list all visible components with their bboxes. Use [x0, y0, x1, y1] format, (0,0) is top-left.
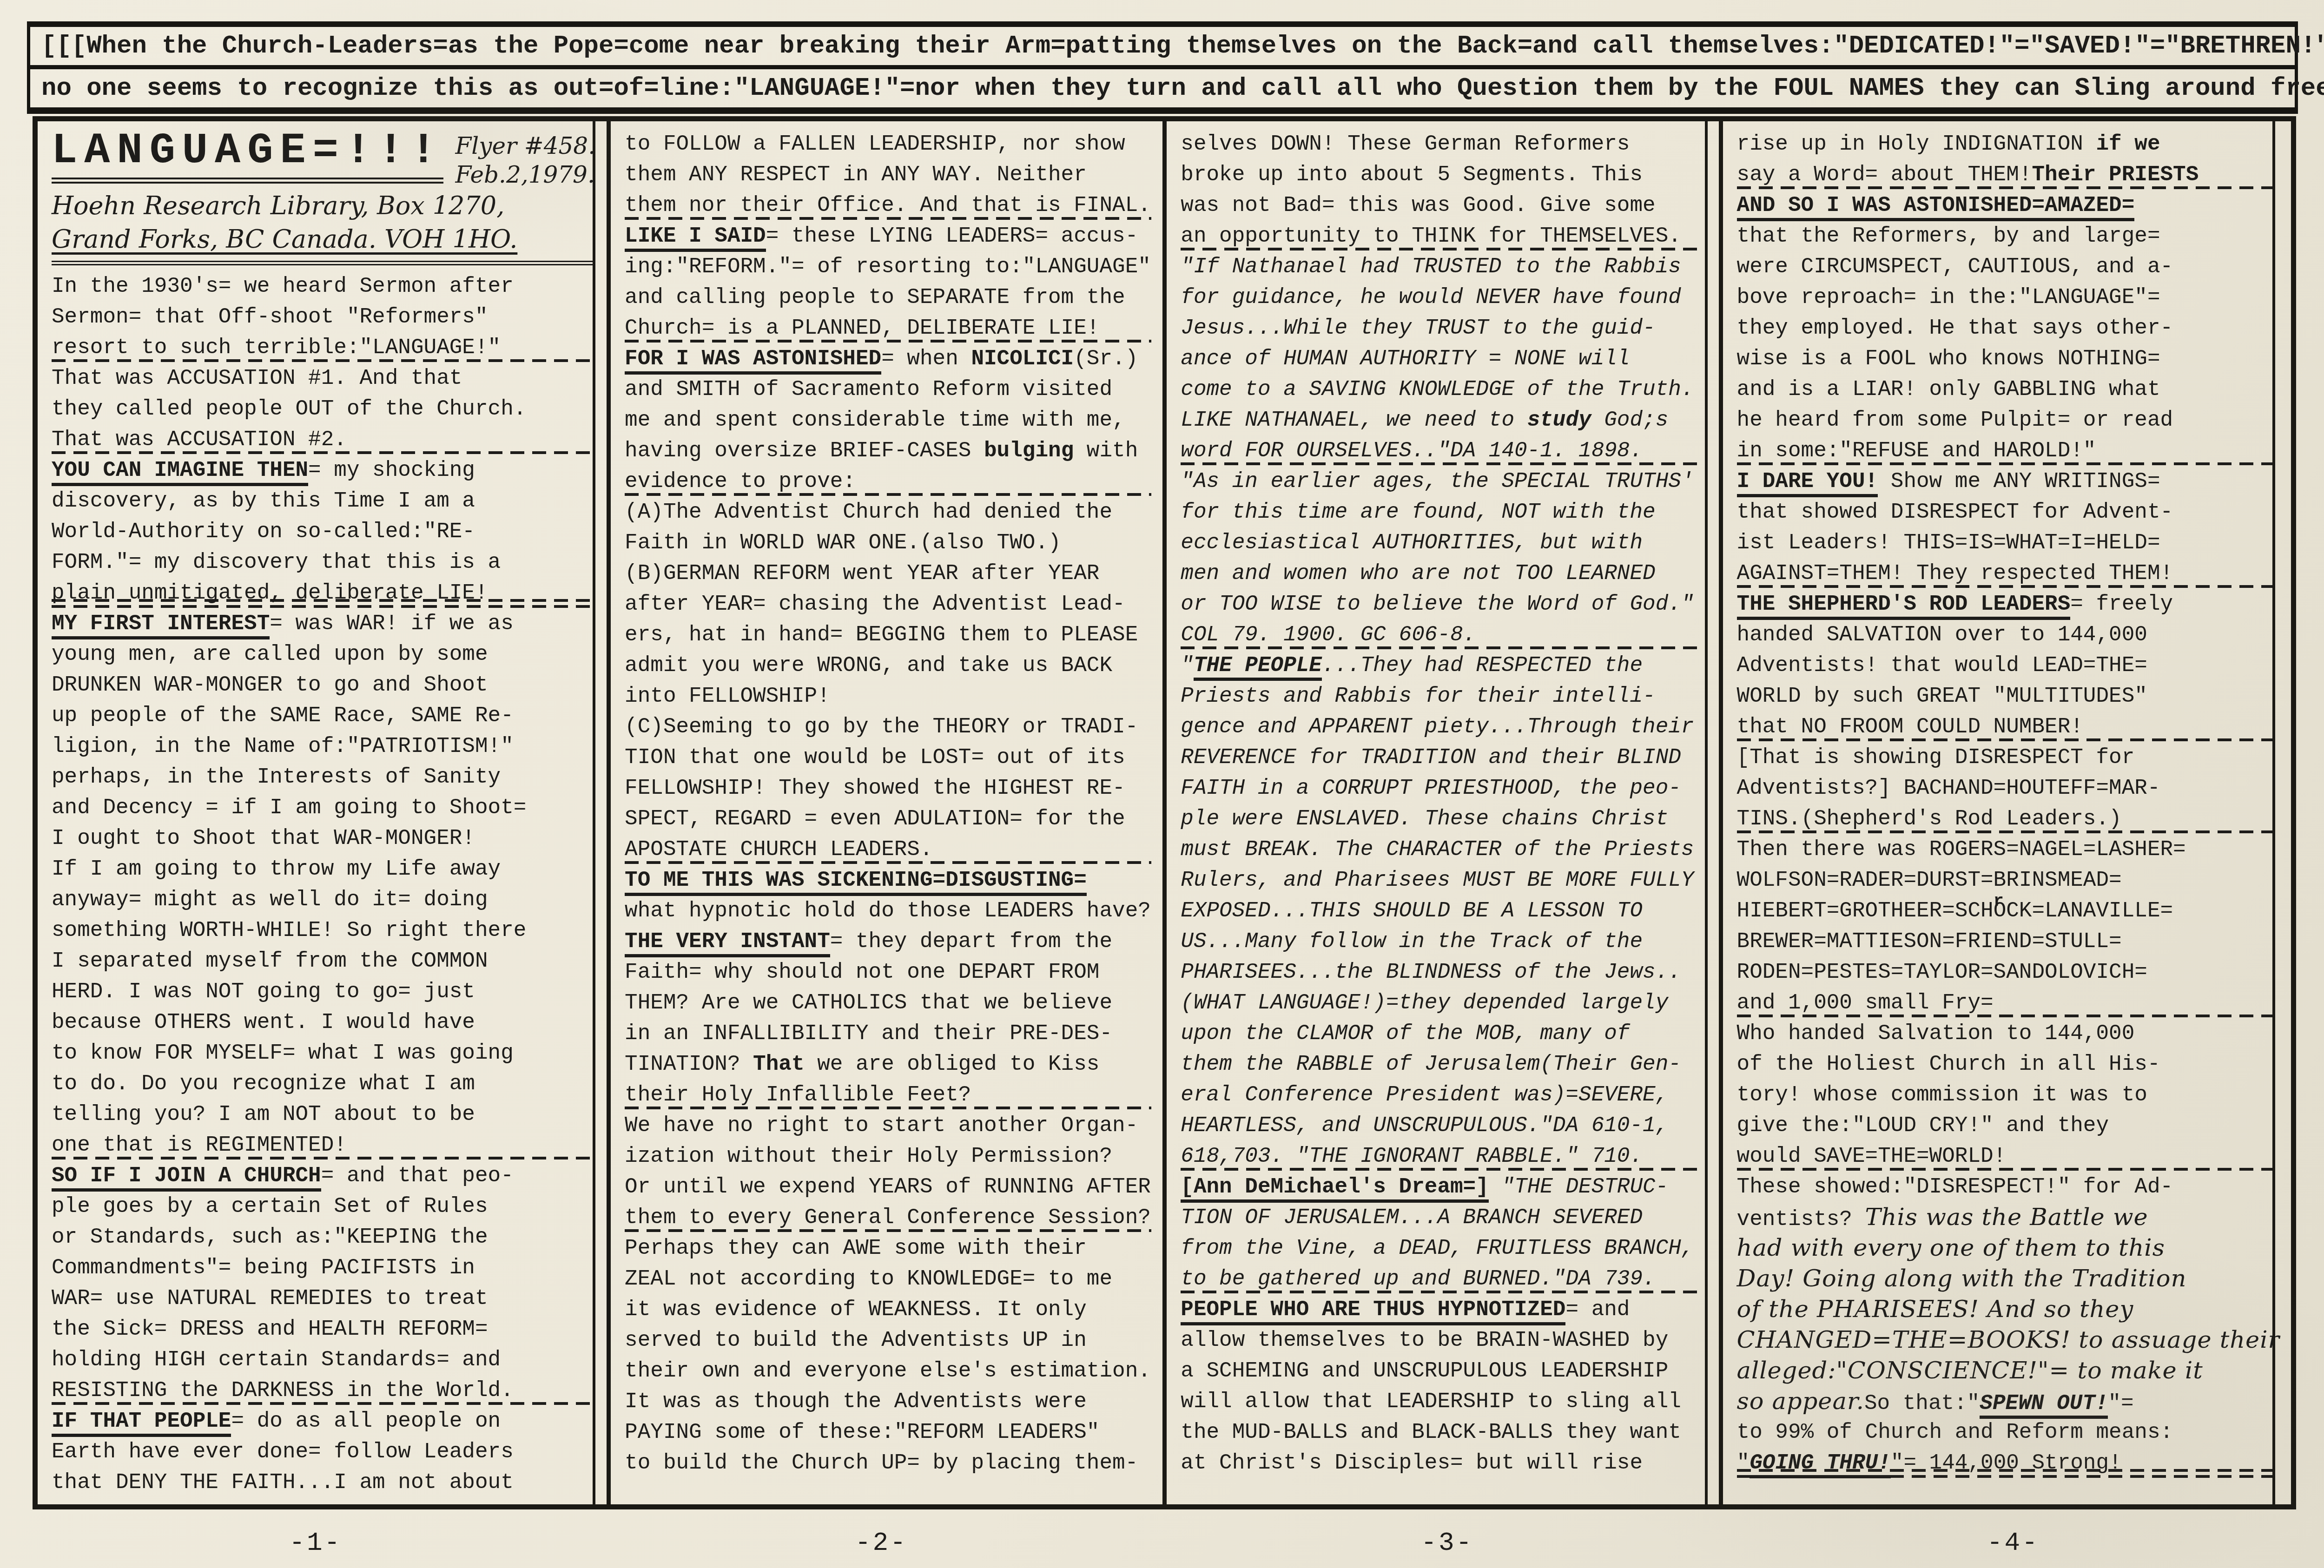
text-line: young men, are called upon by some: [52, 639, 595, 670]
text-line: alleged:"CONSCIENCE!"= to make it: [1737, 1356, 2280, 1386]
typewriter-text: ing:"REFORM."= of resorting to:"LANGUAGE…: [625, 255, 1151, 279]
typewriter-text: that the Reformers, by and large=: [1737, 224, 2160, 248]
text-line: DRUNKEN WAR-MONGER to go and Shoot: [52, 670, 595, 700]
text-line: WOLFSON=RADER=DURST=BRINSMEAD=: [1737, 865, 2280, 896]
text-line: rise up in Holy INDIGNATION if we: [1737, 129, 2280, 159]
text-line: Faith in WORLD WAR ONE.(also TWO.): [625, 527, 1151, 558]
text-line: what hypnotic hold do those LEADERS have…: [625, 896, 1151, 926]
text-line: for this time are found, NOT with the: [1181, 497, 1707, 527]
typewriter-text: that DENY THE FAITH...I am not about: [52, 1470, 514, 1495]
text-line: them nor their Office. And that is FINAL…: [625, 190, 1151, 221]
italic-quote-text: FAITH in a CORRUPT PRIESTHOOD, the peo-: [1181, 776, 1681, 800]
typewriter-text: broke up into about 5 Segments. This: [1181, 163, 1643, 187]
text-line: in some:"REFUSE and HAROLD!": [1737, 435, 2280, 466]
masthead-top-row: LANGUAGE=!!! Flyer #458. Feb.2,1979.: [52, 129, 595, 189]
typewriter-text: and SMITH of Sacramento Reform visited: [625, 377, 1112, 402]
scanned-flyer-page: [[[When the Church-Leaders=as the Pope=c…: [0, 0, 2324, 1568]
text-line: so appear.So that:"SPEWN OUT!"=: [1737, 1386, 2280, 1417]
text-line: SO IF I JOIN A CHURCH= and that peo-: [52, 1160, 595, 1191]
text-line: the Sick= DRESS and HEALTH REFORM=: [52, 1314, 595, 1344]
typewriter-text: in an INFALLIBILITY and their PRE-DES-: [625, 1021, 1112, 1046]
text-line: If I am going to throw my Life away: [52, 854, 595, 884]
typewriter-text: = freely: [2070, 592, 2173, 616]
text-line: discovery, as by this Time I am a: [52, 486, 595, 516]
page-number-3: -3-: [1164, 1528, 1730, 1558]
text-line: an opportunity to THINK for THEMSELVES.: [1181, 221, 1707, 251]
text-line: they employed. He that says other-: [1737, 313, 2280, 343]
text-line: must BREAK. The CHARACTER of the Priests: [1181, 834, 1707, 865]
text-line: them to every General Conference Session…: [625, 1202, 1151, 1233]
column-1: LANGUAGE=!!! Flyer #458. Feb.2,1979. Hoe…: [38, 121, 611, 1504]
text-line: and 1,000 small Fry=: [1737, 988, 2280, 1018]
text-line: Church= is a PLANNED, DELIBERATE LIE!: [625, 313, 1151, 343]
typewriter-text: they called people OUT of the Church.: [52, 397, 526, 421]
text-line: PEOPLE WHO ARE THUS HYPNOTIZED= and: [1181, 1294, 1707, 1325]
typewriter-text: Perhaps they can AWE some with their: [625, 1236, 1087, 1260]
text-line: allow themselves to be BRAIN-WASHED by: [1181, 1325, 1707, 1356]
text-line: It was as though the Adventists were: [625, 1386, 1151, 1417]
text-line: and is a LIAR! only GABBLING what: [1737, 374, 2280, 405]
typewriter-text: FORM."= my discovery that this is a: [52, 550, 501, 574]
typewriter-text: wise is a FOOL who knows NOTHING=: [1737, 347, 2160, 371]
typewriter-text: Adventists! that would LEAD=THE=: [1737, 653, 2147, 678]
text-line: [Ann DeMichael's Dream=] "THE DESTRUC-: [1181, 1172, 1707, 1202]
text-line: IF THAT PEOPLE= do as all people on: [52, 1406, 595, 1436]
text-line: their own and everyone else's estimation…: [625, 1356, 1151, 1386]
typewriter-text: because OTHERS went. I would have: [52, 1010, 475, 1034]
text-line: telling you? I am NOT about to be: [52, 1099, 595, 1130]
text-line: ers, hat in hand= BEGGING them to PLEASE: [625, 619, 1151, 650]
text-line: Day! Going along with the Tradition: [1737, 1264, 2280, 1294]
typewriter-text: Their PRIESTS: [2032, 163, 2199, 187]
text-line: were CIRCUMSPECT, CAUTIOUS, and a-: [1737, 251, 2280, 282]
typewriter-text: (B)GERMAN REFORM went YEAR after YEAR: [625, 561, 1099, 586]
address-line-2: Grand Forks, BC Canada. VOH 1HO.: [52, 223, 595, 256]
typewriter-text: I DARE YOU!: [1737, 469, 1878, 497]
italic-quote-text: study: [1527, 408, 1591, 432]
text-line: COL 79. 1900. GC 606-8.: [1181, 619, 1707, 650]
text-line: say a Word= about THEM!Their PRIESTS: [1737, 159, 2280, 190]
text-line: PAYING some of these:"REFORM LEADERS": [625, 1417, 1151, 1448]
text-line: that showed DISRESPECT for Advent-: [1737, 497, 2280, 527]
text-line: gence and APPARENT piety...Through their: [1181, 712, 1707, 742]
italic-quote-text: ple were ENSLAVED. These chains Christ: [1181, 807, 1668, 831]
handwritten-script-text: had with every one of them to this: [1737, 1234, 2165, 1262]
typewriter-text: bove reproach= in the:"LANGUAGE"=: [1737, 285, 2160, 310]
text-line: upon the CLAMOR of the MOB, many of: [1181, 1018, 1707, 1049]
typewriter-text: (C)Seeming to go by the THEORY or TRADI-: [625, 715, 1138, 739]
text-line: and SMITH of Sacramento Reform visited: [625, 374, 1151, 405]
typewriter-text: WORLD by such GREAT "MULTITUDES": [1737, 684, 2147, 708]
typewriter-text: allow themselves to be BRAIN-WASHED by: [1181, 1328, 1668, 1352]
typewriter-text: that showed DISRESPECT for Advent-: [1737, 500, 2173, 524]
typewriter-text: will allow that LEADERSHIP to sling all: [1181, 1390, 1681, 1414]
text-line: them the RABBLE of Jerusalem(Their Gen-: [1181, 1049, 1707, 1080]
banner-line-2: no one seems to recognize this as out=of…: [30, 69, 2295, 107]
text-line: for guidance, he would NEVER have found: [1181, 282, 1707, 313]
text-line: admit you were WRONG, and take us BACK: [625, 650, 1151, 681]
italic-quote-text: Rulers, and Pharisees MUST BE MORE FULLY: [1181, 868, 1694, 892]
text-line: come to a SAVING KNOWLEDGE of the Truth.: [1181, 374, 1707, 405]
italic-quote-text: ance of HUMAN AUTHORITY = NONE will: [1181, 347, 1630, 371]
column-3: selves DOWN! These German Reformersbroke…: [1167, 121, 1723, 1504]
text-line: a SCHEMING and UNSCRUPULOUS LEADERSHIP: [1181, 1356, 1707, 1386]
text-line: FOR I WAS ASTONISHED= when NICOLICI(Sr.): [625, 343, 1151, 374]
text-line: resort to such terrible:"LANGUAGE!": [52, 332, 595, 363]
typewriter-text: one that is REGIMENTED!: [52, 1133, 347, 1157]
typewriter-text: them ANY RESPECT in ANY WAY. Neither: [625, 163, 1087, 187]
typewriter-text: (A)The Adventist Church had denied the: [625, 500, 1112, 524]
typewriter-text: World-Authority on so-called:"RE-: [52, 520, 475, 544]
text-line: something WORTH-WHILE! So right there: [52, 915, 595, 946]
typewriter-text: bulging: [984, 439, 1074, 463]
text-line: handed SALVATION over to 144,000: [1737, 619, 2280, 650]
text-line: WORLD by such GREAT "MULTITUDES": [1737, 681, 2280, 712]
italic-quote-text: GOING THRU!: [1750, 1451, 1891, 1478]
italic-quote-text: upon the CLAMOR of the MOB, many of: [1181, 1021, 1630, 1046]
typewriter-text: to build the Church UP= by placing them-: [625, 1451, 1138, 1475]
typewriter-text: he heard from some Pulpit= or read: [1737, 408, 2173, 432]
text-line: ecclesiastical AUTHORITIES, but with: [1181, 527, 1707, 558]
typewriter-text: a SCHEMING and UNSCRUPULOUS LEADERSHIP: [1181, 1359, 1668, 1383]
typewriter-text: the MUD-BALLS and BLACK-BALLS they want: [1181, 1420, 1681, 1444]
typewriter-text: ligion, in the Name of:"PATRIOTISM!": [52, 734, 514, 758]
text-line: ple were ENSLAVED. These chains Christ: [1181, 804, 1707, 834]
text-line: having oversize BRIEF-CASES bulging with: [625, 435, 1151, 466]
typewriter-text: Then there was ROGERS=NAGEL=LASHER=: [1737, 837, 2186, 862]
text-line: HEARTLESS, and UNSCRUPULOUS."DA 610-1,: [1181, 1110, 1707, 1141]
typewriter-text: Church= is a PLANNED, DELIBERATE LIE!: [625, 316, 1099, 340]
typewriter-text: to FOLLOW a FALLEN LEADERSHIP, nor show: [625, 132, 1125, 156]
text-line: ventists? This was the Battle we: [1737, 1202, 2280, 1233]
typewriter-text: we are obliged to Kiss: [805, 1052, 1100, 1076]
text-line: to be gathered up and BURNED."DA 739.: [1181, 1264, 1707, 1294]
text-line: Jesus...While they TRUST to the guid-: [1181, 313, 1707, 343]
typewriter-text: ": [1737, 1451, 1750, 1475]
address-line-1: Hoehn Research Library, Box 1270,: [52, 189, 595, 223]
typewriter-text: Faith= why should not one DEPART FROM: [625, 960, 1099, 984]
text-line: them ANY RESPECT in ANY WAY. Neither: [625, 159, 1151, 190]
text-line: because OTHERS went. I would have: [52, 1007, 595, 1038]
text-line: Adventists?] BACHAND=HOUTEFF=MAR-: [1737, 773, 2280, 804]
text-line: to FOLLOW a FALLEN LEADERSHIP, nor show: [625, 129, 1151, 159]
italic-quote-text: come to a SAVING KNOWLEDGE of the Truth.: [1181, 377, 1694, 402]
typewriter-text: DRUNKEN WAR-MONGER to go and Shoot: [52, 673, 488, 697]
typewriter-text: APOSTATE CHURCH LEADERS.: [625, 837, 933, 862]
typewriter-text: MY FIRST INTEREST: [52, 612, 270, 639]
text-line: [That is showing DISRESPECT for: [1737, 742, 2280, 773]
typewriter-text: Who handed Salvation to 144,000: [1737, 1021, 2135, 1046]
typewriter-text: to know FOR MYSELF= what I was going: [52, 1041, 514, 1065]
italic-quote-text: TION OF JERUSALEM...A BRANCH SEVERED: [1181, 1206, 1643, 1230]
text-line: HIEBERT=GROTHEER=SCHrOCK=LANAVILLE=: [1737, 896, 2280, 926]
typewriter-text: TINATION?: [625, 1052, 753, 1076]
typewriter-text: give the:"LOUD CRY!" and they: [1737, 1113, 2109, 1138]
typewriter-text: their Holy Infallible Feet?: [625, 1083, 971, 1107]
text-line: WAR= use NATURAL REMEDIES to treat: [52, 1283, 595, 1314]
typewriter-text: = my shocking: [308, 458, 475, 482]
italic-quote-text: or TOO WISE to believe the Word of God.": [1181, 592, 1694, 616]
text-line: broke up into about 5 Segments. This: [1181, 159, 1707, 190]
text-line: Who handed Salvation to 144,000: [1737, 1018, 2280, 1049]
typewriter-text: of the Holiest Church in all His-: [1737, 1052, 2160, 1076]
text-line: "As in earlier ages, the SPECIAL TRUTHS': [1181, 466, 1707, 497]
typewriter-text: = and that peo-: [321, 1164, 514, 1188]
italic-quote-text: for this time are found, NOT with the: [1181, 500, 1655, 524]
text-line: RESISTING the DARKNESS in the World.: [52, 1375, 595, 1406]
text-line: Or until we expend YEARS of RUNNING AFTE…: [625, 1172, 1151, 1202]
handwritten-script-text: This was the Battle we: [1865, 1204, 2148, 1231]
text-line: of the Holiest Church in all His-: [1737, 1049, 2280, 1080]
typewriter-text: THE VERY INSTANT: [625, 929, 830, 957]
handwritten-script-text: alleged:"CONSCIENCE!"= to make it: [1737, 1357, 2203, 1384]
typewriter-text: TO ME THIS WAS SICKENING=DISGUSTING=: [625, 868, 1087, 896]
page-number-1: -1-: [33, 1528, 599, 1558]
text-line: CHANGED=THE=BOOKS! to assuage their: [1737, 1325, 2280, 1356]
typewriter-text: PEOPLE WHO ARE THUS HYPNOTIZED: [1181, 1298, 1565, 1325]
typewriter-text: THEM? Are we CATHOLICS that we believe: [625, 991, 1112, 1015]
typewriter-text: selves DOWN! These German Reformers: [1181, 132, 1630, 156]
typewriter-text: HIEBERT=GROTHEER=SCH: [1737, 899, 1994, 923]
column-1-body: In the 1930's= we heard Sermon afterSerm…: [52, 271, 595, 1498]
typewriter-text: HERD. I was NOT going to go= just: [52, 980, 475, 1004]
text-line: (WHAT LANGUAGE!)=they depended largely: [1181, 988, 1707, 1018]
text-line: to build the Church UP= by placing them-: [625, 1448, 1151, 1478]
typewriter-text: "=: [2108, 1391, 2133, 1416]
text-line: from the Vine, a DEAD, FRUITLESS BRANCH,: [1181, 1233, 1707, 1264]
italic-quote-text: THE PEOPLE: [1194, 653, 1322, 681]
italic-quote-text: 618,703. "THE IGNORANT RABBLE." 710.: [1181, 1144, 1643, 1168]
typewriter-text: [Ann DeMichael's Dream=]: [1181, 1175, 1489, 1203]
typewriter-text: them nor their Office. And that is FINAL…: [625, 193, 1151, 217]
text-line: and Decency = if I am going to Shoot=: [52, 792, 595, 823]
typewriter-text: ple goes by a certain Set of Rules: [52, 1194, 488, 1219]
typewriter-text: up people of the SAME Race, SAME Re-: [52, 704, 514, 728]
italic-quote-text: US...Many follow in the Track of the: [1181, 929, 1643, 954]
typewriter-text: ers, hat in hand= BEGGING them to PLEASE: [625, 623, 1138, 647]
text-line: me and spent considerable time with me,: [625, 405, 1151, 435]
typewriter-text: THE SHEPHERD'S ROD LEADERS: [1737, 592, 2071, 620]
typewriter-text: We have no right to start another Organ-: [625, 1113, 1138, 1138]
text-line: (B)GERMAN REFORM went YEAR after YEAR: [625, 558, 1151, 589]
typewriter-text: I ought to Shoot that WAR-MONGER!: [52, 826, 475, 850]
italic-quote-text: HEARTLESS, and UNSCRUPULOUS."DA 610-1,: [1181, 1113, 1668, 1138]
text-line: or Standards, such as:"KEEPING the: [52, 1222, 595, 1252]
typewriter-text: me and spent considerable time with me,: [625, 408, 1125, 432]
text-line: served to build the Adventists UP in: [625, 1325, 1151, 1356]
handwritten-script-text: of the PHARISEES! And so they: [1737, 1296, 2134, 1323]
column-4: rise up in Holy INDIGNATION if wesay a W…: [1723, 121, 2291, 1504]
typewriter-text: and Decency = if I am going to Shoot=: [52, 796, 526, 820]
typewriter-text: RESISTING the DARKNESS in the World.: [52, 1378, 514, 1403]
column-2: to FOLLOW a FALLEN LEADERSHIP, nor showt…: [611, 121, 1167, 1504]
text-line: perhaps, in the Interests of Sanity: [52, 762, 595, 792]
typewriter-text: evidence to prove:: [625, 469, 856, 494]
text-line: THE VERY INSTANT= they depart from the: [625, 926, 1151, 957]
typewriter-text: Or until we expend YEARS of RUNNING AFTE…: [625, 1175, 1151, 1199]
typewriter-text: young men, are called upon by some: [52, 642, 488, 666]
text-line: PHARISEES...the BLINDNESS of the Jews..: [1181, 957, 1707, 988]
italic-quote-text: EXPOSED...THIS SHOULD BE A LESSON TO: [1181, 899, 1643, 923]
text-line: men and women who are not TOO LEARNED: [1181, 558, 1707, 589]
typewriter-text: BREWER=MATTIESON=FRIEND=STULL=: [1737, 929, 2122, 954]
typewriter-text: FOR I WAS ASTONISHED: [625, 347, 881, 375]
typewriter-text: Earth have ever done= follow Leaders: [52, 1440, 514, 1464]
typewriter-text: resort to such terrible:"LANGUAGE!": [52, 336, 501, 360]
typewriter-text: = was WAR! if we as: [270, 612, 514, 636]
text-line: up people of the SAME Race, SAME Re-: [52, 700, 595, 731]
text-line: Faith= why should not one DEPART FROM: [625, 957, 1151, 988]
typewriter-text: with: [1074, 439, 1138, 463]
text-line: Adventists! that would LEAD=THE=: [1737, 650, 2280, 681]
typewriter-text: In the 1930's= we heard Sermon after: [52, 274, 514, 298]
text-line: US...Many follow in the Track of the: [1181, 926, 1707, 957]
text-line: that NO FROOM COULD NUMBER!: [1737, 712, 2280, 742]
text-line: REVERENCE for TRADITION and their BLIND: [1181, 742, 1707, 773]
text-line: ligion, in the Name of:"PATRIOTISM!": [52, 731, 595, 762]
typewriter-text: WAR= use NATURAL REMEDIES to treat: [52, 1286, 488, 1311]
text-line: Earth have ever done= follow Leaders: [52, 1436, 595, 1467]
typewriter-text: = these LYING LEADERS= accus-: [766, 224, 1138, 248]
text-line: will allow that LEADERSHIP to sling all: [1181, 1386, 1707, 1417]
typewriter-text: Show me ANY WRITINGS=: [1878, 469, 2160, 494]
italic-quote-text: ...They had RESPECTED the: [1322, 653, 1643, 678]
text-line: LIKE NATHANAEL, we need to study God;s: [1181, 405, 1707, 435]
typewriter-text: ist Leaders! THIS=IS=WHAT=I=HELD=: [1737, 531, 2160, 555]
text-line: holding HIGH certain Standards= and: [52, 1344, 595, 1375]
text-line: one that is REGIMENTED!: [52, 1130, 595, 1160]
typewriter-text: perhaps, in the Interests of Sanity: [52, 765, 501, 789]
typewriter-text: PAYING some of these:"REFORM LEADERS": [625, 1420, 1099, 1444]
text-line: TION that one would be LOST= out of its: [625, 742, 1151, 773]
text-line: AGAINST=THEM! They respected THEM!: [1737, 558, 2280, 589]
banner-line-1: [[[When the Church-Leaders=as the Pope=c…: [30, 27, 2295, 69]
text-line: In the 1930's= we heard Sermon after: [52, 271, 595, 302]
typewriter-text: TION that one would be LOST= out of its: [625, 745, 1125, 770]
typewriter-text: TINS.(Shepherd's Rod Leaders.): [1737, 807, 2122, 831]
text-line: to know FOR MYSELF= what I was going: [52, 1038, 595, 1068]
text-line: of the PHARISEES! And so they: [1737, 1294, 2280, 1325]
page-number-2: -2-: [599, 1528, 1165, 1558]
typewriter-text: in some:"REFUSE and HAROLD!": [1737, 439, 2096, 463]
typewriter-text: WOLFSON=RADER=DURST=BRINSMEAD=: [1737, 868, 2122, 892]
column-3-body: selves DOWN! These German Reformersbroke…: [1181, 129, 1707, 1478]
text-line: Then there was ROGERS=NAGEL=LASHER=: [1737, 834, 2280, 865]
text-line: TO ME THIS WAS SICKENING=DISGUSTING=: [625, 865, 1151, 896]
text-line: to do. Do you recognize what I am: [52, 1068, 595, 1099]
handwritten-script-text: so appear.: [1737, 1388, 1864, 1415]
typewriter-text: These showed:"DISRESPECT!" for Ad-: [1737, 1175, 2173, 1199]
text-line: Rulers, and Pharisees MUST BE MORE FULLY: [1181, 865, 1707, 896]
typewriter-text: or Standards, such as:"KEEPING the: [52, 1225, 488, 1249]
typewriter-text: holding HIGH certain Standards= and: [52, 1348, 501, 1372]
typewriter-text: So that:": [1864, 1391, 1980, 1416]
typewriter-text: Faith in WORLD WAR ONE.(also TWO.): [625, 531, 1061, 555]
handwritten-script-text: Day! Going along with the Tradition: [1737, 1265, 2187, 1292]
typewriter-text: what hypnotic hold do those LEADERS have…: [625, 899, 1151, 923]
text-line: I separated myself from the COMMON: [52, 946, 595, 976]
text-line: ization without their Holy Permission?: [625, 1141, 1151, 1172]
page-title: LANGUAGE=!!!: [52, 129, 443, 184]
typewriter-text: and calling people to SEPARATE from the: [625, 285, 1125, 310]
text-line: These showed:"DISRESPECT!" for Ad-: [1737, 1172, 2280, 1202]
typewriter-text: Commandments"= being PACIFISTS in: [52, 1256, 475, 1280]
text-line: ing:"REFORM."= of resorting to:"LANGUAGE…: [625, 251, 1151, 282]
masthead-issue-block: Flyer #458. Feb.2,1979.: [456, 129, 596, 189]
typewriter-text: they employed. He that says other-: [1737, 316, 2173, 340]
text-line: Perhaps they can AWE some with their: [625, 1233, 1151, 1264]
text-line: he heard from some Pulpit= or read: [1737, 405, 2280, 435]
typewriter-text: AGAINST=THEM! They respected THEM!: [1737, 561, 2173, 586]
typewriter-text: YOU CAN IMAGINE THEN: [52, 458, 308, 486]
italic-quote-text: PHARISEES...the BLINDNESS of the Jews..: [1181, 960, 1681, 984]
typewriter-text: ZEAL not according to KNOWLEDGE= to me: [625, 1267, 1112, 1291]
typewriter-text: was not Bad= this was Good. Give some: [1181, 193, 1655, 217]
typewriter-text: plain unmitigated, deliberate LIE!: [52, 581, 488, 605]
text-line: 618,703. "THE IGNORANT RABBLE." 710.: [1181, 1141, 1707, 1172]
italic-quote-text: them the RABBLE of Jerusalem(Their Gen-: [1181, 1052, 1681, 1076]
text-line: and calling people to SEPARATE from the: [625, 282, 1151, 313]
typewriter-text: tory! whose commission it was to: [1737, 1083, 2147, 1107]
typewriter-text: = do as all people on: [231, 1409, 501, 1433]
text-line: (A)The Adventist Church had denied the: [625, 497, 1151, 527]
text-line: HERD. I was NOT going to go= just: [52, 976, 595, 1007]
text-line: in an INFALLIBILITY and their PRE-DES-: [625, 1018, 1151, 1049]
text-line: into FELLOWSHIP!: [625, 681, 1151, 712]
typewriter-text: that NO FROOM COULD NUMBER!: [1737, 715, 2083, 739]
typewriter-text: after YEAR= chasing the Adventist Lead-: [625, 592, 1125, 616]
columns-frame: LANGUAGE=!!! Flyer #458. Feb.2,1979. Hoe…: [33, 116, 2296, 1509]
text-line: TINS.(Shepherd's Rod Leaders.): [1737, 804, 2280, 834]
flyer-number: Flyer #458.: [456, 132, 596, 159]
column-4-body: rise up in Holy INDIGNATION if wesay a W…: [1737, 129, 2280, 1478]
text-line: had with every one of them to this: [1737, 1233, 2280, 1264]
text-line: selves DOWN! These German Reformers: [1181, 129, 1707, 159]
typewriter-text: AND SO I WAS ASTONISHED=AMAZED=: [1737, 193, 2135, 221]
italic-quote-text: Priests and Rabbis for their intelli-: [1181, 684, 1655, 708]
typewriter-text: handed SALVATION over to 144,000: [1737, 623, 2147, 647]
italic-quote-text: from the Vine, a DEAD, FRUITLESS BRANCH,: [1181, 1236, 1694, 1260]
typewriter-text: If I am going to throw my Life away: [52, 857, 501, 881]
typewriter-text: [That is showing DISRESPECT for: [1737, 745, 2135, 770]
text-line: World-Authority on so-called:"RE-: [52, 516, 595, 547]
italic-quote-text: ecclesiastical AUTHORITIES, but with: [1181, 531, 1643, 555]
text-line: THEM? Are we CATHOLICS that we believe: [625, 988, 1151, 1018]
column-2-body: to FOLLOW a FALLEN LEADERSHIP, nor showt…: [625, 129, 1151, 1478]
italic-quote-text: eral Conference President was)=SEVERE,: [1181, 1083, 1668, 1107]
text-line: bove reproach= in the:"LANGUAGE"=: [1737, 282, 2280, 313]
text-line: That was ACCUSATION #2.: [52, 424, 595, 455]
text-line: the MUD-BALLS and BLACK-BALLS they want: [1181, 1417, 1707, 1448]
text-line: to 99% of Church and Reform means:: [1737, 1417, 2280, 1448]
typewriter-text: ization without their Holy Permission?: [625, 1144, 1112, 1168]
text-line: that DENY THE FAITH...I am not about: [52, 1467, 595, 1498]
typewriter-text: SO IF I JOIN A CHURCH: [52, 1164, 321, 1192]
text-line: ple goes by a certain Set of Rules: [52, 1191, 595, 1222]
typewriter-text: I separated myself from the COMMON: [52, 949, 488, 973]
text-line: give the:"LOUD CRY!" and they: [1737, 1110, 2280, 1141]
typewriter-text: to do. Do you recognize what I am: [52, 1072, 475, 1096]
text-line: TINATION? That we are obliged to Kiss: [625, 1049, 1151, 1080]
page-number-4: -4-: [1730, 1528, 2297, 1558]
typewriter-text: would SAVE=THE=WORLD!: [1737, 1144, 2007, 1168]
text-line: (C)Seeming to go by the THEORY or TRADI-: [625, 712, 1151, 742]
text-line: wise is a FOOL who knows NOTHING=: [1737, 343, 2280, 374]
text-line: ZEAL not according to KNOWLEDGE= to me: [625, 1264, 1151, 1294]
text-line: it was evidence of WEAKNESS. It only: [625, 1294, 1151, 1325]
italic-quote-text: COL 79. 1900. GC 606-8.: [1181, 623, 1476, 647]
text-line: tory! whose commission it was to: [1737, 1080, 2280, 1110]
